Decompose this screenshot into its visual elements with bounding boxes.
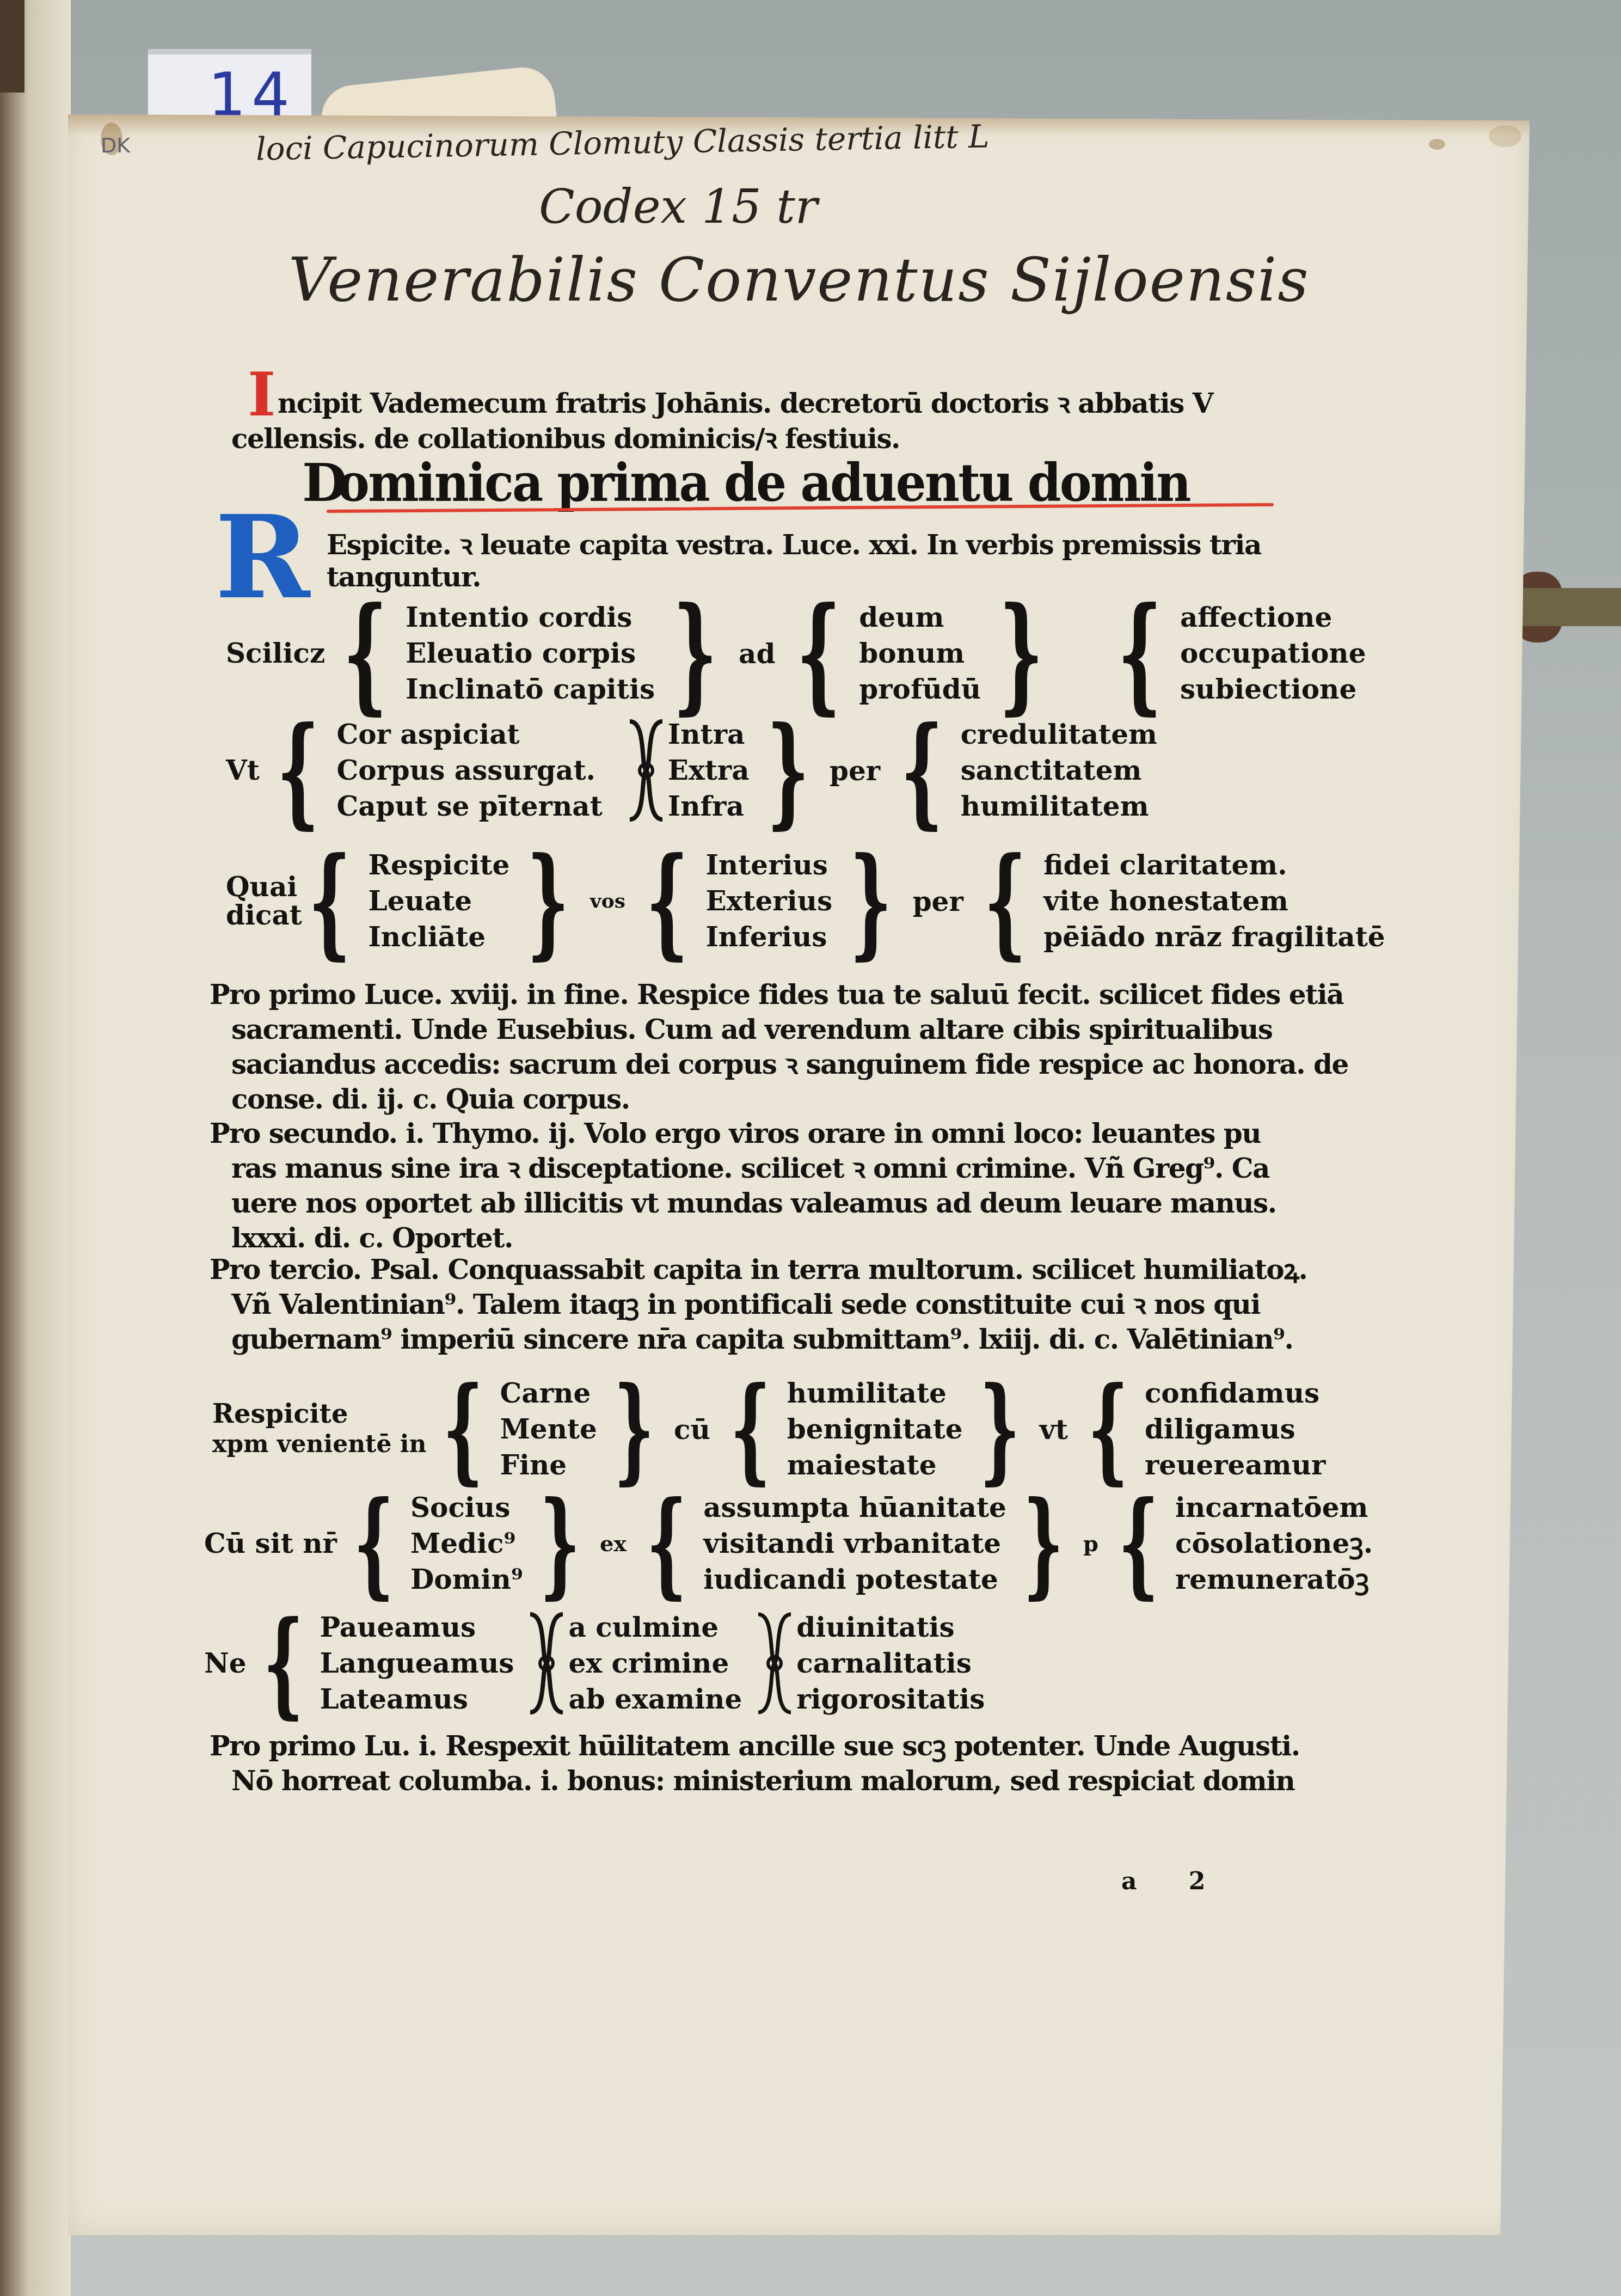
schema-3: Quai dicat { Respicite Leuate Incliāte }… bbox=[226, 841, 1385, 961]
schema-term: humilitate bbox=[787, 1375, 963, 1411]
schema-term: confidamus bbox=[1145, 1375, 1325, 1411]
left-brace: { bbox=[901, 711, 943, 830]
signature-mark: a 2 bbox=[1121, 1868, 1227, 1895]
schema-4: Respicite xpm venientē in { Carne Mente … bbox=[212, 1372, 1325, 1486]
schema-term: Cor aspiciat bbox=[336, 717, 602, 752]
schema-lead: Ne bbox=[204, 1649, 247, 1678]
schema-group: Socius Medic⁹ Domin⁹ bbox=[410, 1490, 523, 1597]
schema-term: pēiādo nrāz fragilitatē bbox=[1043, 919, 1385, 955]
schema-term: Infra bbox=[668, 788, 750, 824]
text-line: uere nos oportet ab illicitis vt mundas … bbox=[210, 1186, 1244, 1221]
left-brace: { bbox=[647, 1486, 687, 1601]
schema-group: assumpta hūanitate visitandi vrbanitate … bbox=[703, 1490, 1006, 1597]
right-brace: } bbox=[613, 1372, 654, 1486]
schema-term: Incliāte bbox=[368, 919, 509, 955]
schema-term: Langueamus bbox=[320, 1645, 514, 1681]
schema-group: credulitatem sanctitatem humilitatem bbox=[961, 717, 1157, 824]
left-brace: { bbox=[263, 1606, 303, 1721]
right-brace: } bbox=[1023, 1486, 1063, 1601]
schema-term: Domin⁹ bbox=[410, 1562, 523, 1597]
text-line: Nō horreat columba. i. bonus: ministeriu… bbox=[210, 1764, 1244, 1798]
schema-term: Socius bbox=[410, 1490, 523, 1526]
text-line: lxxxi. di. c. Oportet. bbox=[210, 1221, 1244, 1256]
schema-term: incarnatōem bbox=[1175, 1490, 1373, 1526]
stain bbox=[1489, 125, 1521, 147]
cross-brace-icon bbox=[525, 1609, 568, 1718]
schema-lead: Scilicz bbox=[226, 639, 325, 668]
schema-group: confidamus diligamus reuereamur bbox=[1145, 1375, 1325, 1483]
book-spine-edge bbox=[0, 0, 71, 2296]
right-brace: } bbox=[527, 841, 569, 961]
schema-term: Eleuatio corpis bbox=[406, 635, 655, 671]
schema-1: Scilicz { Intentio cordis Eleuatio corpi… bbox=[226, 593, 1366, 713]
right-brace: } bbox=[979, 1372, 1020, 1486]
schema-lead: Vt bbox=[226, 756, 260, 785]
schema-group: a culmine ex crimine ab examine bbox=[568, 1609, 742, 1717]
paragraph-pro-tercio: Pro tercio. Psal. Conquassabit capita in… bbox=[210, 1252, 1244, 1357]
text-line: Pro primo Luce. xviij. in fine. Respice … bbox=[210, 977, 1244, 1012]
left-brace: { bbox=[984, 841, 1027, 961]
binding-leather bbox=[0, 0, 24, 93]
schema-term: ex crimine bbox=[568, 1645, 742, 1681]
schema-term: Mente bbox=[500, 1411, 597, 1447]
paragraph-pro-primo: Pro primo Luce. xviij. in fine. Respice … bbox=[210, 977, 1244, 1117]
schema-connector: p bbox=[1083, 1531, 1098, 1557]
schema-term: Respicite bbox=[368, 847, 509, 883]
schema-group: fidei claritatem. vite honestatem pēiādo… bbox=[1043, 847, 1385, 955]
stain bbox=[1429, 139, 1445, 150]
schema-lead: Quai dicat bbox=[226, 873, 291, 930]
schema-term: Leuate bbox=[368, 883, 509, 919]
schema-group: Paueamus Langueamus Lateamus bbox=[320, 1609, 514, 1717]
schema-group: Respicite Leuate Incliāte bbox=[368, 847, 509, 955]
text-line: Pro secundo. i. Thymo. ij. Volo ergo vir… bbox=[210, 1116, 1244, 1151]
right-brace: } bbox=[850, 841, 892, 961]
schema-term: credulitatem bbox=[961, 717, 1157, 752]
schema-term: humilitatem bbox=[961, 788, 1157, 824]
schema-term: bonum bbox=[859, 635, 981, 671]
shelf-tag: 14 bbox=[148, 49, 311, 120]
schema-lead: Respicite xpm venientē in bbox=[212, 1399, 426, 1460]
pencil-mark: DK bbox=[101, 133, 130, 157]
left-brace: { bbox=[443, 1372, 483, 1486]
text-line: gubernam⁹ imperiū sincere nr̄a capita su… bbox=[210, 1322, 1244, 1357]
schema-term: Extra bbox=[668, 752, 750, 788]
paragraph-pro-secundo: Pro secundo. i. Thymo. ij. Volo ergo vir… bbox=[210, 1116, 1244, 1256]
schema-lead-line: Respicite bbox=[212, 1399, 426, 1429]
schema-term: Lateamus bbox=[320, 1681, 514, 1717]
left-brace: { bbox=[797, 591, 841, 716]
text-line: Pro tercio. Psal. Conquassabit capita in… bbox=[210, 1252, 1244, 1287]
left-brace: { bbox=[730, 1372, 770, 1486]
schema-group: humilitate benignitate maiestate bbox=[787, 1375, 963, 1483]
schema-group: affectione occupatione subiectione bbox=[1180, 599, 1366, 707]
schema-term: subiectione bbox=[1180, 671, 1366, 707]
schema-term: Intra bbox=[668, 717, 750, 752]
left-brace: { bbox=[277, 711, 320, 830]
schema-term: iudicandi potestate bbox=[703, 1562, 1006, 1597]
clasp-strap bbox=[1508, 588, 1621, 626]
schema-term: occupatione bbox=[1180, 635, 1366, 671]
schema-5: Cū sit nr̄ { Socius Medic⁹ Domin⁹ } ex {… bbox=[204, 1486, 1373, 1601]
schema-group: Intra Extra Infra bbox=[668, 717, 750, 824]
text-line: saciandus accedis: sacrum dei corpus ꝛ s… bbox=[210, 1047, 1244, 1082]
schema-connector: ex bbox=[600, 1531, 627, 1557]
schema-term: sanctitatem bbox=[961, 752, 1157, 788]
schema-term: Paueamus bbox=[320, 1609, 514, 1645]
left-brace: { bbox=[646, 841, 689, 961]
schema-lead: Cū sit nr̄ bbox=[204, 1529, 337, 1558]
schema-connector: per bbox=[830, 755, 880, 787]
schema-2: Vt { Cor aspiciat Corpus assurgat. Caput… bbox=[226, 713, 1157, 828]
schema-group: incarnatōem cōsolationeꝫ. remuneratōꝫ bbox=[1175, 1490, 1373, 1597]
schema-term: maiestate bbox=[787, 1447, 963, 1483]
left-brace: { bbox=[343, 591, 388, 716]
schema-term: Inclinatō capitis bbox=[406, 671, 655, 707]
schema-term: cōsolationeꝫ. bbox=[1175, 1526, 1373, 1562]
schema-term: diuinitatis bbox=[796, 1609, 985, 1645]
schema-term: Carne bbox=[500, 1375, 597, 1411]
right-brace: } bbox=[673, 591, 717, 716]
text-line: sacramenti. Unde Eusebius. Cum ad verend… bbox=[210, 1012, 1244, 1047]
schema-term: Exterius bbox=[705, 883, 832, 919]
schema-lead-line: xpm venientē in bbox=[212, 1429, 426, 1460]
schema-group: Cor aspiciat Corpus assurgat. Caput se p… bbox=[336, 717, 602, 824]
cross-brace-icon bbox=[753, 1609, 796, 1718]
right-brace: } bbox=[539, 1486, 580, 1601]
schema-term: visitandi vrbanitate bbox=[703, 1526, 1006, 1562]
left-brace: { bbox=[353, 1486, 394, 1601]
text-line: ras manus sine ira ꝛ disceptatione. scil… bbox=[210, 1151, 1244, 1186]
schema-group: Intentio cordis Eleuatio corpis Inclinat… bbox=[406, 599, 655, 707]
right-brace: } bbox=[766, 711, 809, 830]
schema-term: vite honestatem bbox=[1043, 883, 1385, 919]
schema-term: Interius bbox=[705, 847, 832, 883]
schema-term: Caput se pīternat bbox=[336, 788, 602, 824]
cross-brace-icon bbox=[624, 716, 668, 825]
text-line: conse. di. ij. c. Quia corpus. bbox=[210, 1082, 1244, 1117]
schema-term: Inferius bbox=[705, 919, 832, 955]
schema-term: Medic⁹ bbox=[410, 1526, 523, 1562]
schema-term: affectione bbox=[1180, 599, 1366, 635]
schema-term: rigorositatis bbox=[796, 1681, 985, 1717]
schema-term: diligamus bbox=[1145, 1411, 1325, 1447]
convent-inscription: Venerabilis Conventus Sijloensis bbox=[288, 245, 1310, 315]
schema-connector: per bbox=[913, 885, 963, 917]
right-brace: } bbox=[999, 591, 1043, 716]
codex-inscription: Codex 15 tr bbox=[539, 180, 818, 234]
schema-group: diuinitatis carnalitatis rigorositatis bbox=[796, 1609, 985, 1717]
paragraph-closing: Pro primo Lu. i. Respexit hūilitatem anc… bbox=[210, 1729, 1244, 1798]
opening-line-1: Espicite. ꝛ leuate capita vestra. Luce. … bbox=[327, 525, 1261, 562]
text-line: Vñ Valentinian⁹. Talem itaqꝫ in pontific… bbox=[210, 1287, 1244, 1322]
schema-group: Interius Exterius Inferius bbox=[705, 847, 832, 955]
left-brace: { bbox=[1088, 1372, 1128, 1486]
text-line: Pro primo Lu. i. Respexit hūilitatem anc… bbox=[210, 1729, 1244, 1764]
schema-term: Corpus assurgat. bbox=[336, 752, 602, 788]
incipit-line-1: ncipit Vademecum fratris Johānis. decret… bbox=[278, 384, 1213, 421]
schema-group: Carne Mente Fine bbox=[500, 1375, 597, 1483]
schema-connector: vos bbox=[590, 890, 625, 913]
schema-term: carnalitatis bbox=[796, 1645, 985, 1681]
schema-term: remuneratōꝫ bbox=[1175, 1562, 1373, 1597]
left-brace: { bbox=[309, 841, 351, 961]
incipit-line-2: cellensis. de collationibus dominicis/ꝛ … bbox=[231, 419, 900, 456]
schema-term: a culmine bbox=[568, 1609, 742, 1645]
schema-connector: vt bbox=[1040, 1413, 1068, 1446]
schema-term: deum bbox=[859, 599, 981, 635]
schema-connector: ad bbox=[739, 638, 775, 670]
schema-term: reuereamur bbox=[1145, 1447, 1325, 1483]
schema-term: fidei claritatem. bbox=[1043, 847, 1385, 883]
schema-term: Intentio cordis bbox=[406, 599, 655, 635]
schema-term: assumpta hūanitate bbox=[703, 1490, 1006, 1526]
schema-6: Ne { Paueamus Langueamus Lateamus a culm… bbox=[204, 1606, 985, 1721]
schema-group: deum bonum profūdū bbox=[859, 599, 981, 707]
schema-connector: cū bbox=[674, 1413, 710, 1446]
schema-term: benignitate bbox=[787, 1411, 963, 1447]
left-brace: { bbox=[1118, 1486, 1158, 1601]
schema-term: ab examine bbox=[568, 1681, 742, 1717]
left-brace: { bbox=[1117, 591, 1162, 716]
